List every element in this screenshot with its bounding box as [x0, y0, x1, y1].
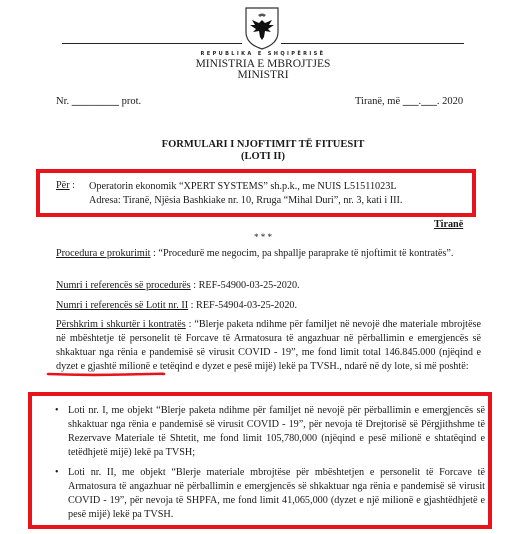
procedure-label: Procedura e prokurimit: [56, 248, 151, 259]
lot-item-1: • Loti nr. I, me objekt “Blerje paketa n…: [55, 404, 485, 460]
title-line1: FORMULARI I NJOFTIMIT TË FITUESIT: [0, 139, 526, 151]
ministry-line2: MINISTRI: [0, 70, 526, 81]
lots-list: • Loti nr. I, me objekt “Blerje paketa n…: [55, 404, 485, 528]
bullet-icon: •: [55, 466, 59, 480]
total-amount: 146.845.000: [384, 347, 435, 358]
description-label: Përshkrim i shkurtër i kontratës: [56, 319, 186, 330]
republic-name: REPUBLIKA E SHQIPËRISË: [0, 51, 526, 57]
lot-reference: Numri i referencës së Lotit nr. II : REF…: [56, 299, 481, 313]
protocol-blank: _________: [72, 96, 119, 107]
section-separator: * * *: [0, 232, 526, 242]
recipient-city: Tiranë: [434, 219, 463, 230]
recipient-operator: Operatorin ekonomik “XPERT SYSTEMS” sh.p…: [89, 180, 469, 194]
recipient-address: Adresa: Tiranë, Njësia Bashkiake nr. 10,…: [89, 194, 469, 208]
bullet-icon: •: [55, 404, 59, 418]
lot-2-text: Loti nr. II, me objekt “Blerje materiale…: [68, 467, 485, 520]
recipient-details: Operatorin ekonomik “XPERT SYSTEMS” sh.p…: [89, 180, 469, 208]
procedure-reference-value: : REF-54900-03-25-2020.: [191, 280, 300, 291]
procedure-text: : “Procedurë me negocim, pa shpallje par…: [151, 248, 454, 259]
title-line2: (LOTI II): [0, 151, 526, 163]
header-rule-left: [62, 43, 242, 44]
procedure-paragraph: Procedura e prokurimit : “Procedurë me n…: [56, 247, 481, 261]
lot-1-text: Loti nr. I, me objekt “Blerje paketa ndi…: [68, 405, 485, 458]
lot-reference-value: : REF-54904-03-25-2020.: [188, 300, 297, 311]
document-title: FORMULARI I NJOFTIMIT TË FITUESIT (LOTI …: [0, 139, 526, 163]
ministry-name: MINISTRIA E MBROJTJES MINISTRI: [0, 59, 526, 81]
lot-item-2: • Loti nr. II, me objekt “Blerje materia…: [55, 466, 485, 522]
procedure-reference: Numri i referencës së procedurës : REF-5…: [56, 279, 481, 293]
lot-reference-label: Numri i referencës së Lotit nr. II: [56, 300, 188, 311]
red-underline-annotation: [46, 371, 166, 377]
header-rule-right: [281, 43, 464, 44]
albanian-eagle-emblem-icon: [244, 6, 280, 50]
contract-description: Përshkrim i shkurtër i kontratës : “Bler…: [56, 318, 481, 374]
recipient-label: Për :: [56, 180, 75, 191]
procedure-reference-label: Numri i referencës së procedurës: [56, 280, 191, 291]
date-line: Tiranë, më ___.___. 2020: [355, 96, 463, 107]
protocol-number: Nr. _________ prot.: [56, 96, 141, 107]
